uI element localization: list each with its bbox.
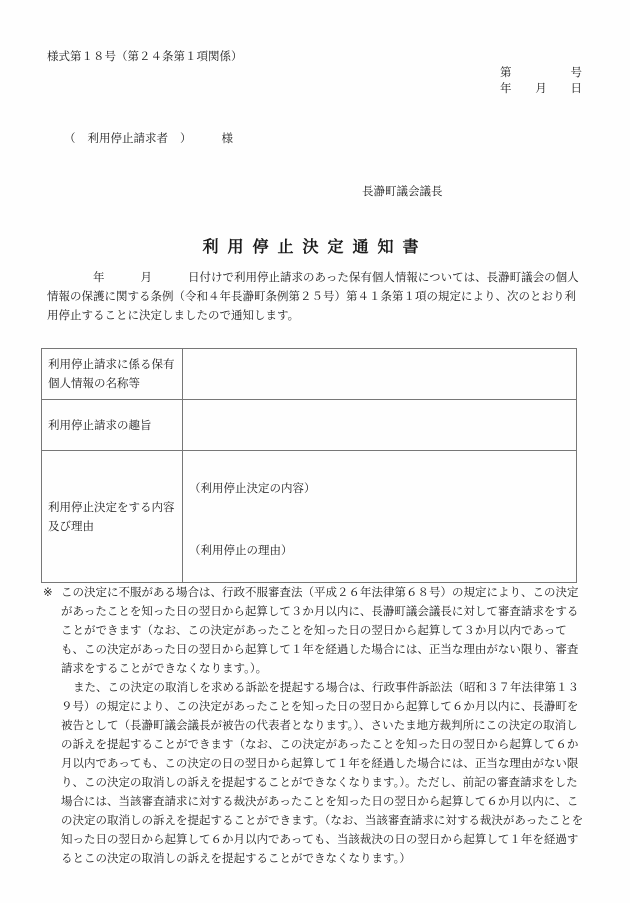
decision-table: 利用停止請求に係る保有個人情報の名称等 利用停止請求の趣旨 利用停止決定をする内… — [41, 348, 577, 583]
row-label-request-purpose: 利用停止請求の趣旨 — [42, 400, 183, 451]
date-row: 年 月 日 — [500, 80, 582, 96]
document-number-row: 第 号 — [500, 64, 582, 80]
table-row: 利用停止請求に係る保有個人情報の名称等 — [42, 349, 577, 400]
document-number-block: 第 号 年 月 日 — [500, 64, 582, 96]
document-title: 利用停止決定通知書 — [0, 234, 630, 257]
intro-text: 日付けで利用停止請求のあった保有個人情報については、長瀞町議会の個人情報の保護に… — [47, 270, 579, 322]
form-number: 様式第１８号（第２４条第１項関係） — [47, 48, 243, 64]
row-value-info-name[interactable] — [183, 349, 577, 400]
addressee: （利用停止請求者）様 — [64, 130, 233, 146]
date-day: 日 — [571, 80, 583, 96]
sender: 長瀞町議会議長 — [362, 183, 443, 199]
doc-number-suffix: 号 — [571, 64, 583, 80]
note-appeal: ※ この決定に不服がある場合は、行政不服審査法（平成２６年法律第６８号）の規定に… — [43, 583, 588, 678]
decision-content-label: （利用停止決定の内容） — [189, 480, 570, 496]
addressee-name: 利用停止請求者 — [88, 131, 169, 145]
note-lawsuit: また、この決定の取消しを求める訴訟を提起する場合は、行政事件訴訟法（昭和３７年法… — [43, 678, 588, 868]
intro-year: 年 — [93, 270, 105, 284]
date-month: 月 — [535, 80, 547, 96]
date-year: 年 — [500, 80, 512, 96]
notes-section: ※ この決定に不服がある場合は、行政不服審査法（平成２６年法律第６８号）の規定に… — [43, 583, 588, 868]
addressee-honorific: 様 — [222, 131, 234, 145]
doc-number-prefix: 第 — [500, 64, 512, 80]
note-appeal-text: この決定に不服がある場合は、行政不服審査法（平成２６年法律第６８号）の規定により… — [61, 585, 579, 675]
decision-reason-label: （利用停止の理由） — [189, 542, 570, 558]
intro-paragraph: 年月日付けで利用停止請求のあった保有個人情報については、長瀞町議会の個人情報の保… — [47, 268, 587, 325]
row-value-request-purpose[interactable] — [183, 400, 577, 451]
row-label-info-name: 利用停止請求に係る保有個人情報の名称等 — [42, 349, 183, 400]
addressee-paren-close: ） — [180, 131, 192, 145]
table-row: 利用停止決定をする内容及び理由 （利用停止決定の内容） （利用停止の理由） — [42, 451, 577, 583]
table-row: 利用停止請求の趣旨 — [42, 400, 577, 451]
note-mark: ※ — [43, 583, 53, 602]
row-label-decision-reason: 利用停止決定をする内容及び理由 — [42, 451, 183, 583]
intro-month: 月 — [141, 270, 153, 284]
row-value-decision-reason[interactable]: （利用停止決定の内容） （利用停止の理由） — [183, 451, 577, 583]
addressee-paren-open: （ — [64, 131, 76, 145]
